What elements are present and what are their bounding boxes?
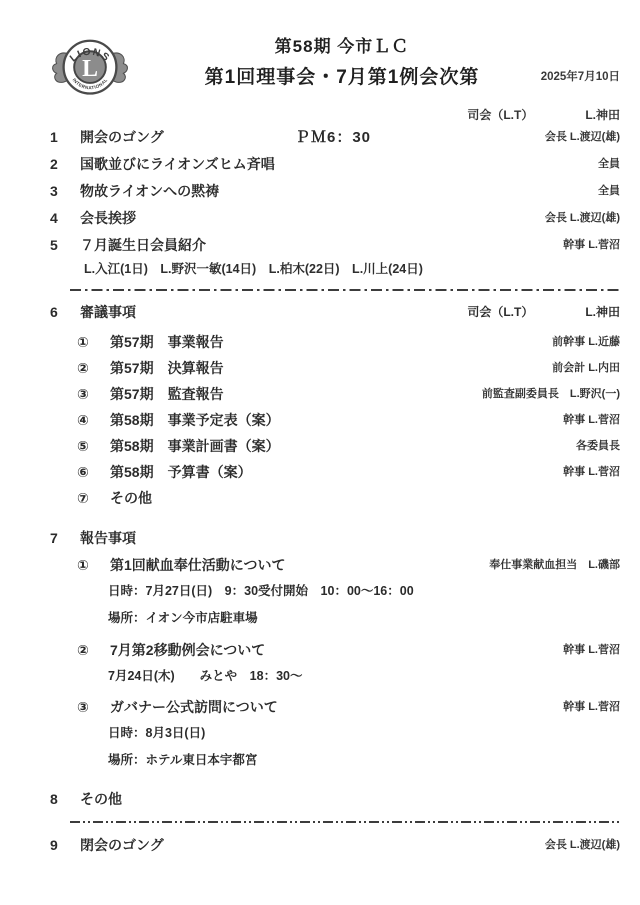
item-assignee: 幹事 L.菅沼 <box>563 232 620 259</box>
item-title: 会長挨拶 <box>80 205 136 232</box>
item-title: 第57期 監査報告 <box>110 381 224 407</box>
item-title: 国歌並びにライオンズヒム斉唱 <box>80 151 275 178</box>
item-title: 第57期 決算報告 <box>110 355 224 381</box>
item-assignee: 前幹事 L.近藤 <box>552 329 620 355</box>
deliberation-item-4: ④ 第58期 事業予定表（案） 幹事 L.菅沼 <box>50 407 620 433</box>
item-number: 3 <box>50 178 80 205</box>
mc-label: 司会（L.T） <box>467 299 533 326</box>
item-title: 第1回献血奉仕活動について <box>110 552 286 578</box>
document-date: 2025年7月10日 <box>541 68 620 84</box>
item-title: 7月第2移動例会について <box>110 637 265 663</box>
item-assignee: 幹事 L.菅沼 <box>563 407 620 433</box>
item-title: ガバナー公式訪問について <box>110 694 278 720</box>
item-number: 7 <box>50 525 80 552</box>
item-title: 開会のゴング <box>80 124 164 151</box>
agenda-item-3: 3 物故ライオンへの黙祷 全員 <box>50 178 620 205</box>
report-detail: 7月24日(木) みとや 18：30～ <box>50 663 620 690</box>
section-divider <box>70 289 620 291</box>
item-assignee: 幹事 L.菅沼 <box>563 694 620 720</box>
deliberation-item-1: ① 第57期 事業報告 前幹事 L.近藤 <box>50 329 620 355</box>
item-assignee: 前監査副委員長 L.野沢(一) <box>482 381 620 407</box>
deliberation-item-7: ⑦ その他 <box>50 485 620 511</box>
item-number: 9 <box>50 832 80 859</box>
item-number: 8 <box>50 786 80 813</box>
agenda-item-5: 5 ７月誕生日会員紹介 幹事 L.菅沼 <box>50 232 620 259</box>
deliberation-item-3: ③ 第57期 監査報告 前監査副委員長 L.野沢(一) <box>50 381 620 407</box>
item-number: ① <box>77 329 110 355</box>
item-number: ③ <box>77 694 110 720</box>
mc-line: 司会（L.T） L.神田 <box>50 106 620 124</box>
item-number: 1 <box>50 124 80 151</box>
item-title: 閉会のゴング <box>80 832 164 859</box>
mc-line: 司会（L.T） L.神田 <box>467 299 620 326</box>
item-assignee: 奉仕事業献血担当 L.磯部 <box>489 552 620 578</box>
item-assignee: 幹事 L.菅沼 <box>563 459 620 485</box>
agenda-item-2: 2 国歌並びにライオンズヒム斉唱 全員 <box>50 151 620 178</box>
item-assignee: 会長 L.渡辺(雄) <box>545 124 620 151</box>
mc-name: L.神田 <box>585 299 620 326</box>
item-number: ① <box>77 552 110 578</box>
meeting-agenda-document: L LIONS INTERNATIONAL 第58期 今市ＬＣ 第1回理事会・7… <box>0 0 640 905</box>
section-reports-header: 7 報告事項 <box>50 525 620 552</box>
item-assignee: 前会計 L.内田 <box>552 355 620 381</box>
item-number: 4 <box>50 205 80 232</box>
report-detail: 場所：ホテル東日本宇都宮 <box>50 747 620 774</box>
report-detail: 場所：イオン今市店駐車場 <box>50 605 620 632</box>
report-item-2: ② 7月第2移動例会について 幹事 L.菅沼 <box>50 637 620 663</box>
mc-name: L.神田 <box>585 106 620 124</box>
agenda-item-9: 9 閉会のゴング 会長 L.渡辺(雄) <box>50 832 620 859</box>
item-number: 2 <box>50 151 80 178</box>
item-number: ⑤ <box>77 433 110 459</box>
item-time: ＰＭ6：30 <box>295 124 371 151</box>
item-title: 第57期 事業報告 <box>110 329 224 355</box>
item-number: ② <box>77 355 110 381</box>
item-assignee: 会長 L.渡辺(雄) <box>545 205 620 232</box>
report-detail: 日時：8月3日(日) <box>50 720 620 747</box>
section-title: 審議事項 <box>80 299 136 326</box>
item-assignee: 各委員長 <box>576 433 620 459</box>
item-number: ③ <box>77 381 110 407</box>
agenda-item-4: 4 会長挨拶 会長 L.渡辺(雄) <box>50 205 620 232</box>
item-number: ② <box>77 637 110 663</box>
item-number: ④ <box>77 407 110 433</box>
item-number: ⑦ <box>77 485 110 511</box>
item-assignee: 会長 L.渡辺(雄) <box>545 832 620 859</box>
report-detail: 日時：7月27日(日) 9：30受付開始 10：00～16：00 <box>50 578 620 605</box>
item-title: その他 <box>110 485 152 511</box>
item-title: 第58期 事業計画書（案） <box>110 433 280 459</box>
section-deliberation-header: 6 審議事項 司会（L.T） L.神田 <box>50 299 620 326</box>
birthday-members-note: L.入江(1日) L.野沢一敏(14日) L.柏木(22日) L.川上(24日) <box>50 259 620 279</box>
item-title: 物故ライオンへの黙祷 <box>80 178 219 205</box>
item-title: 第58期 予算書（案） <box>110 459 252 485</box>
item-assignee: 幹事 L.菅沼 <box>563 637 620 663</box>
item-title: その他 <box>80 786 122 813</box>
report-item-1: ① 第1回献血奉仕活動について 奉仕事業献血担当 L.磯部 <box>50 552 620 578</box>
section-divider <box>70 821 620 823</box>
agenda-body: 司会（L.T） L.神田 1 開会のゴング ＰＭ6：30 会長 L.渡辺(雄) … <box>50 106 620 859</box>
agenda-item-8: 8 その他 <box>50 786 620 813</box>
deliberation-item-6: ⑥ 第58期 予算書（案） 幹事 L.菅沼 <box>50 459 620 485</box>
item-title: ７月誕生日会員紹介 <box>80 232 206 259</box>
item-number: 5 <box>50 232 80 259</box>
item-number: ⑥ <box>77 459 110 485</box>
document-title-term: 第58期 今市ＬＣ <box>44 32 640 57</box>
item-assignee: 全員 <box>598 151 620 178</box>
deliberation-item-2: ② 第57期 決算報告 前会計 L.内田 <box>50 355 620 381</box>
mc-label: 司会（L.T） <box>467 106 533 124</box>
item-assignee: 全員 <box>598 178 620 205</box>
agenda-item-1: 1 開会のゴング ＰＭ6：30 会長 L.渡辺(雄) <box>50 124 620 151</box>
item-number: 6 <box>50 299 80 326</box>
deliberation-item-5: ⑤ 第58期 事業計画書（案） 各委員長 <box>50 433 620 459</box>
item-title: 第58期 事業予定表（案） <box>110 407 280 433</box>
report-item-3: ③ ガバナー公式訪問について 幹事 L.菅沼 <box>50 694 620 720</box>
section-title: 報告事項 <box>80 525 136 552</box>
